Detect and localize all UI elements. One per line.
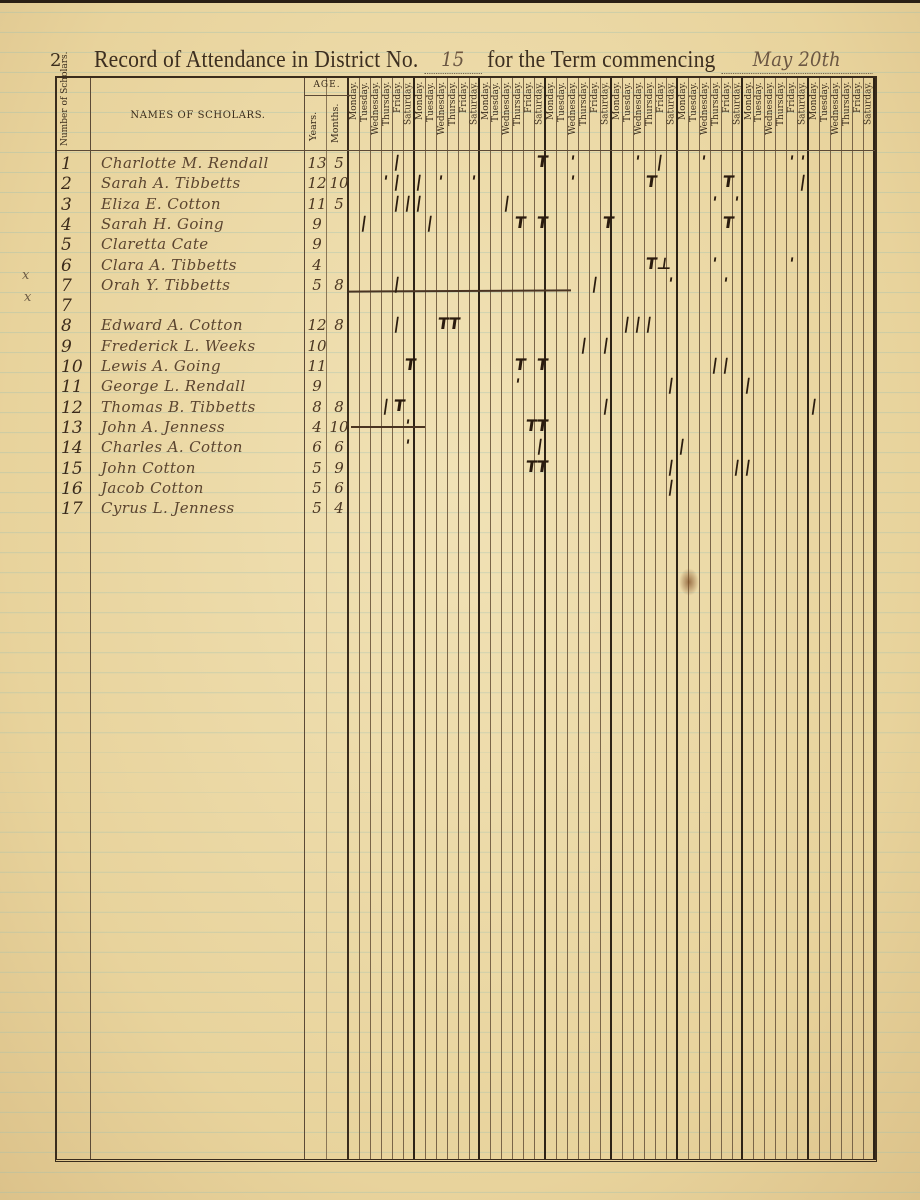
scholar-number: 15 [61, 459, 87, 479]
header-names: NAMES OF SCHOLARS. [91, 110, 305, 121]
scholar-number: 7 [61, 276, 87, 296]
scholar-name: John Cotton [101, 459, 301, 477]
header-months: Months. [331, 100, 341, 146]
scholar-age-months: 8 [329, 316, 349, 334]
scholar-row: 12Thomas B. Tibbetts88 [57, 398, 875, 418]
scholar-row: 10Lewis A. Going11 [57, 357, 875, 377]
scholar-age-years: 10 [307, 337, 327, 355]
page-title: Record of Attendance in District No. 15 … [94, 46, 872, 74]
day-label: Wednesday. [634, 82, 644, 148]
scholar-row: 17Cyrus L. Jenness54 [57, 499, 875, 519]
day-label: Wednesday. [831, 82, 841, 148]
scholar-age-years: 9 [307, 377, 327, 395]
attendance-mark: T [514, 355, 528, 374]
day-label: Wednesday. [502, 82, 512, 148]
scholar-age-months: 8 [329, 276, 349, 294]
scholar-row: 16Jacob Cotton56 [57, 479, 875, 499]
attendance-mark: T [535, 152, 549, 171]
scholar-name: Lewis A. Going [101, 357, 301, 375]
day-label: Thursday. [579, 82, 589, 148]
scholar-number: 5 [61, 235, 87, 255]
district-number-field[interactable]: 15 [424, 46, 482, 74]
day-label: Saturday. [798, 82, 807, 148]
day-label: Friday. [393, 82, 403, 148]
day-label: Monday. [415, 82, 425, 148]
day-label: Thursday. [382, 82, 392, 148]
scholar-row: 3Eliza E. Cotton115 [57, 195, 875, 215]
day-label: Saturday. [667, 82, 676, 148]
scholar-name: Thomas B. Tibbetts [101, 398, 301, 416]
scholar-row: 7Orah Y. Tibbetts58 [57, 276, 875, 296]
scholar-number: 11 [61, 377, 87, 397]
day-label: Tuesday. [491, 82, 501, 148]
scholar-number: 4 [61, 215, 87, 235]
scholar-age-years: 4 [307, 256, 327, 274]
scholar-age-years: 6 [307, 438, 327, 456]
day-label: Monday. [349, 82, 359, 148]
day-label: Tuesday. [623, 82, 633, 148]
scholar-name: George L. Rendall [101, 377, 301, 395]
scholar-number: 10 [61, 357, 87, 377]
day-label: Thursday. [842, 82, 852, 148]
scholar-age-years: 13 [307, 154, 327, 172]
scholar-number: 6 [61, 256, 87, 276]
scholar-number: 13 [61, 418, 87, 438]
scholar-name: Claretta Cate [101, 235, 301, 253]
day-label: Thursday. [776, 82, 786, 148]
scholar-name: Sarah H. Going [101, 215, 301, 233]
scholar-row: 6Clara A. Tibbetts4 [57, 256, 875, 276]
scholar-row: 9Frederick L. Weeks10 [57, 337, 875, 357]
attendance-table: Number of Scholars. NAMES OF SCHOLARS. Y… [55, 76, 877, 1162]
scholar-age-years: 5 [307, 499, 327, 517]
day-label: Friday. [853, 82, 863, 148]
day-label: Wednesday. [371, 82, 381, 148]
header-age: AGE. [305, 80, 349, 90]
margin-note: x [22, 268, 29, 283]
scholar-row: 4Sarah H. Going9 [57, 215, 875, 235]
attendance-mark: T [535, 355, 549, 374]
scholar-name: Edward A. Cotton [101, 316, 301, 334]
page-header: 2 Record of Attendance in District No. 1… [48, 44, 888, 78]
day-label: Friday. [524, 82, 534, 148]
scholar-number: 7 [61, 296, 87, 316]
scholar-name: John A. Jenness [101, 418, 301, 436]
day-label: Thursday. [448, 82, 458, 148]
scholar-row: 5Claretta Cate9 [57, 235, 875, 255]
day-label: Thursday. [645, 82, 655, 148]
day-label: Saturday. [404, 82, 413, 148]
day-label: Friday. [722, 82, 732, 148]
scholar-number: 14 [61, 438, 87, 458]
attendance-mark: T [601, 213, 615, 232]
scholar-age-years: 12 [307, 316, 327, 334]
day-label: Monday. [678, 82, 688, 148]
ink-rule-line [351, 426, 425, 428]
day-label: Thursday. [711, 82, 721, 148]
day-label: Friday. [459, 82, 469, 148]
scholar-age-years: 12 [307, 174, 327, 192]
scholar-age-years: 9 [307, 215, 327, 233]
scholar-row: 8Edward A. Cotton128 [57, 316, 875, 336]
scholar-row: 15John Cotton59 [57, 459, 875, 479]
day-label: Friday. [590, 82, 600, 148]
scholar-number: 9 [61, 337, 87, 357]
day-label: Saturday. [733, 82, 742, 148]
scholar-name: Orah Y. Tibbetts [101, 276, 301, 294]
scholar-age-years: 5 [307, 459, 327, 477]
attendance-mark: T [535, 213, 549, 232]
header-number-of-scholars: Number of Scholars. [61, 84, 87, 146]
day-label: Wednesday. [437, 82, 447, 148]
scholar-age-months: 4 [329, 499, 349, 517]
scholar-age-months: 10 [329, 418, 349, 436]
day-label: Tuesday. [820, 82, 830, 148]
scholar-age-years: 5 [307, 276, 327, 294]
scholar-age-months: 6 [329, 438, 349, 456]
scholar-name: Jacob Cotton [101, 479, 301, 497]
scholar-number: 8 [61, 316, 87, 336]
day-label: Friday. [787, 82, 797, 148]
day-label: Tuesday. [426, 82, 436, 148]
scholar-row: 7 [57, 296, 875, 316]
scholar-age-months: 10 [329, 174, 349, 192]
scholar-name: Eliza E. Cotton [101, 195, 301, 213]
day-label: Saturday. [601, 82, 610, 148]
scholar-name: Cyrus L. Jenness [101, 499, 301, 517]
day-label: Saturday. [535, 82, 544, 148]
title-mid: for the Term commencing [487, 47, 715, 73]
scholar-age-years: 8 [307, 398, 327, 416]
day-label: Wednesday. [765, 82, 775, 148]
day-label: Thursday. [513, 82, 523, 148]
day-label: Tuesday. [557, 82, 567, 148]
scholar-row: 11George L. Rendall9 [57, 377, 875, 397]
day-label: Monday. [809, 82, 819, 148]
scholar-row: 2Sarah A. Tibbetts1210 [57, 174, 875, 194]
scholar-age-years: 11 [307, 357, 327, 375]
scholar-age-months: 8 [329, 398, 349, 416]
scholar-name: Clara A. Tibbetts [101, 256, 301, 274]
term-start-field[interactable]: May 20th [721, 46, 872, 74]
day-label: Monday. [546, 82, 556, 148]
scholar-age-years: 9 [307, 235, 327, 253]
day-label: Saturday. [470, 82, 479, 148]
scholar-row: 14Charles A. Cotton66 [57, 438, 875, 458]
title-prefix: Record of Attendance in District No. [94, 47, 418, 73]
margin-note: x [24, 290, 31, 305]
scholar-age-months: 5 [329, 154, 349, 172]
scholar-age-months: 5 [329, 195, 349, 213]
day-label: Tuesday. [689, 82, 699, 148]
attendance-mark: T [535, 416, 549, 435]
day-label: Monday. [744, 82, 754, 148]
day-label: Monday. [612, 82, 622, 148]
header-years: Years. [309, 106, 319, 146]
ink-stain [679, 568, 699, 596]
day-label: Wednesday. [700, 82, 710, 148]
day-label: Friday. [656, 82, 666, 148]
scholar-number: 3 [61, 195, 87, 215]
scholar-row: 1Charlotte M. Rendall135 [57, 154, 875, 174]
day-label: Monday. [481, 82, 491, 148]
scholar-row: 13John A. Jenness410 [57, 418, 875, 438]
scholar-age-years: 11 [307, 195, 327, 213]
attendance-mark: T [535, 457, 549, 476]
header-divider [57, 150, 875, 151]
day-label: Tuesday. [754, 82, 764, 148]
day-label: Tuesday. [360, 82, 370, 148]
scholar-age-months: 9 [329, 459, 349, 477]
attendance-mark: ⊥ [656, 254, 673, 273]
scholar-name: Frederick L. Weeks [101, 337, 301, 355]
scholar-name: Charles A. Cotton [101, 438, 301, 456]
scholar-name: Sarah A. Tibbetts [101, 174, 301, 192]
scholar-age-years: 5 [307, 479, 327, 497]
day-label: Wednesday. [568, 82, 578, 148]
day-label: Saturday. [864, 82, 873, 148]
scholar-name: Charlotte M. Rendall [101, 154, 301, 172]
scholar-number: 1 [61, 154, 87, 174]
scholar-age-years: 4 [307, 418, 327, 436]
scholar-age-months: 6 [329, 479, 349, 497]
scholar-number: 2 [61, 174, 87, 194]
attendance-mark: T [514, 213, 528, 232]
scholar-number: 16 [61, 479, 87, 499]
scholar-number: 12 [61, 398, 87, 418]
age-divider [305, 95, 349, 96]
scholar-number: 17 [61, 499, 87, 519]
